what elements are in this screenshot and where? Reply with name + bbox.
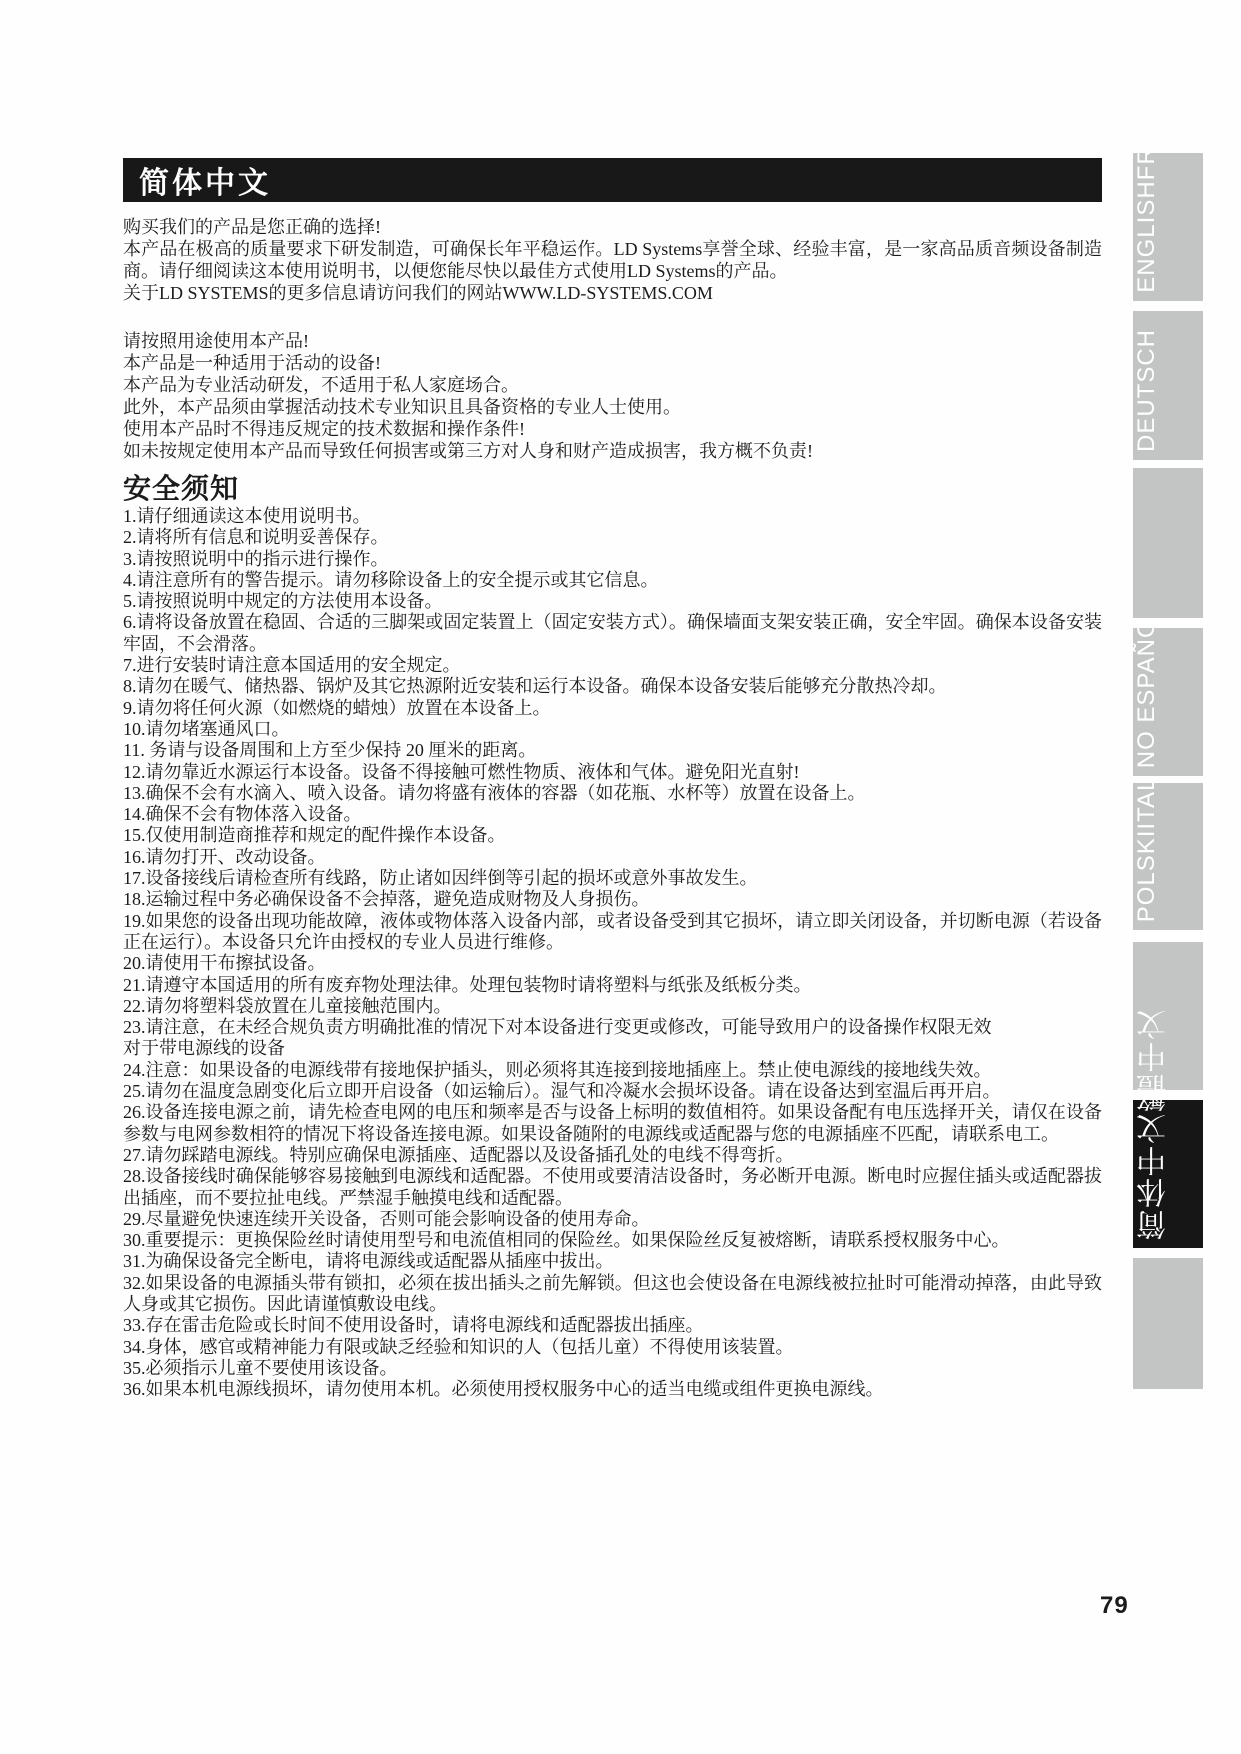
safety-item: 27.请勿踩踏电源线。特别应确保电源插座、适配器以及设备插孔处的电线不得弯折。 xyxy=(123,1145,1102,1166)
section-header-bar: 简体中文 xyxy=(123,158,1102,202)
tab-deutsch-label: DEUTSCH xyxy=(1133,329,1203,452)
safety-item: 11. 务请与设备周围和上方至少保持 20 厘米的距离。 xyxy=(123,740,1102,761)
tab-simplified-chinese-label: 简体中文繁 xyxy=(1133,1100,1203,1240)
safety-item: 1.请仔细通读这本使用说明书。 xyxy=(123,506,1102,527)
usage-line: 此外，本产品须由掌握活动技术专业知识且具备资格的专业人士使用。 xyxy=(123,396,1102,418)
safety-item: 7.进行安装时请注意本国适用的安全规定。 xyxy=(123,655,1102,676)
safety-item: 15.仅使用制造商推荐和规定的配件操作本设备。 xyxy=(123,825,1102,846)
intro-line: 关于LD SYSTEMS的更多信息请访问我们的网站WWW.LD-SYSTEMS.… xyxy=(123,282,1102,304)
safety-item: 2.请将所有信息和说明妥善保存。 xyxy=(123,527,1102,548)
tab-traditional-chinese-label: 體中文 xyxy=(1133,1008,1203,1090)
tab-blank-lower xyxy=(1133,1258,1203,1389)
tab-polski-italiano-label: POLSKIITALIA xyxy=(1133,783,1203,922)
safety-item: 6.请将设备放置在稳固、合适的三脚架或固定装置上（固定安装方式）。确保墙面支架安… xyxy=(123,612,1102,655)
usage-line: 使用本产品时不得违反规定的技术数据和操作条件! xyxy=(123,418,1102,440)
safety-item: 22.请勿将塑料袋放置在儿童接触范围内。 xyxy=(123,996,1102,1017)
safety-list: 1.请仔细通读这本使用说明书。2.请将所有信息和说明妥善保存。3.请按照说明中的… xyxy=(123,506,1102,1400)
safety-item: 对于带电源线的设备 xyxy=(123,1038,1102,1059)
safety-item: 26.设备连接电源之前，请先检查电网的电压和频率是否与设备上标明的数值相符。如果… xyxy=(123,1102,1102,1145)
usage-paragraph: 请按照用途使用本产品!本产品是一种适用于活动的设备!本产品为专业活动研发，不适用… xyxy=(123,330,1102,462)
safety-item: 14.确保不会有物体落入设备。 xyxy=(123,804,1102,825)
safety-item: 28.设备接线时确保能够容易接触到电源线和适配器。不使用或要清洁设备时，务必断开… xyxy=(123,1166,1102,1209)
safety-item: 23.请注意，在未经合规负责方明确批准的情况下对本设备进行变更或修改，可能导致用… xyxy=(123,1017,1102,1038)
usage-line: 如未按规定使用本产品而导致任何损害或第三方对人身和财产造成损害，我方概不负责! xyxy=(123,440,1102,462)
safety-item: 29.尽量避免快速连续开关设备，否则可能会影响设备的使用寿命。 xyxy=(123,1209,1102,1230)
safety-item: 36.如果本机电源线损坏，请勿使用本机。必须使用授权服务中心的适当电缆或组件更换… xyxy=(123,1379,1102,1400)
safety-item: 21.请遵守本国适用的所有废弃物处理法律。处理包装物时请将塑料与纸张及纸板分类。 xyxy=(123,975,1102,996)
safety-item: 20.请使用干布擦拭设备。 xyxy=(123,953,1102,974)
safety-item: 10.请勿堵塞通风口。 xyxy=(123,719,1102,740)
safety-item: 9.请勿将任何火源（如燃烧的蜡烛）放置在本设备上。 xyxy=(123,698,1102,719)
safety-item: 25.请勿在温度急剧变化后立即开启设备（如运输后）。湿气和冷凝水会损坏设备。请在… xyxy=(123,1081,1102,1102)
tab-deutsch: DEUTSCH xyxy=(1133,311,1203,460)
tab-polski-italiano: POLSKIITALIA xyxy=(1133,783,1203,930)
safety-item: 4.请注意所有的警告提示。请勿移除设备上的安全提示或其它信息。 xyxy=(123,570,1102,591)
tab-english-francais-label: ENGLISHFRAN xyxy=(1133,153,1203,293)
intro-line: 购买我们的产品是您正确的选择! xyxy=(123,216,1102,238)
safety-item: 5.请按照说明中规定的方法使用本设备。 xyxy=(123,591,1102,612)
tab-espanol-italiano: NO ESPAÑOL xyxy=(1133,628,1203,776)
safety-item: 35.必须指示儿童不要使用该设备。 xyxy=(123,1358,1102,1379)
safety-item: 12.请勿靠近水源运行本设备。设备不得接触可燃性物质、液体和气体。避免阳光直射! xyxy=(123,762,1102,783)
safety-item: 31.为确保设备完全断电，请将电源线或适配器从插座中拔出。 xyxy=(123,1251,1102,1272)
tab-english-francais: ENGLISHFRAN xyxy=(1133,153,1203,301)
usage-line: 本产品为专业活动研发，不适用于私人家庭场合。 xyxy=(123,374,1102,396)
tab-traditional-chinese: 體中文 xyxy=(1133,942,1203,1090)
safety-item: 16.请勿打开、改动设备。 xyxy=(123,847,1102,868)
tab-blank-upper xyxy=(1133,468,1203,618)
safety-item: 24.注意：如果设备的电源线带有接地保护插头，则必须将其连接到接地插座上。禁止使… xyxy=(123,1060,1102,1081)
usage-line: 请按照用途使用本产品! xyxy=(123,330,1102,352)
safety-heading: 安全须知 xyxy=(123,467,239,507)
safety-item: 3.请按照说明中的指示进行操作。 xyxy=(123,549,1102,570)
safety-item: 32.如果设备的电源插头带有锁扣，必须在拔出插头之前先解锁。但这也会使设备在电源… xyxy=(123,1273,1102,1316)
page-number: 79 xyxy=(1100,1592,1129,1620)
intro-paragraph: 购买我们的产品是您正确的选择!本产品在极高的质量要求下研发制造，可确保长年平稳运… xyxy=(123,216,1102,304)
safety-item: 8.请勿在暖气、储热器、锅炉及其它热源附近安装和运行本设备。确保本设备安装后能够… xyxy=(123,676,1102,697)
safety-item: 17.设备接线后请检查所有线路，防止诸如因绊倒等引起的损坏或意外事故发生。 xyxy=(123,868,1102,889)
safety-item: 19.如果您的设备出现功能故障，液体或物体落入设备内部，或者设备受到其它损坏，请… xyxy=(123,911,1102,954)
tab-simplified-chinese-active: 简体中文繁 xyxy=(1133,1100,1203,1248)
tab-espanol-italiano-label: NO ESPAÑOL xyxy=(1133,628,1203,768)
intro-line: 本产品在极高的质量要求下研发制造，可确保长年平稳运作。LD Systems享誉全… xyxy=(123,238,1102,282)
safety-item: 13.确保不会有水滴入、喷入设备。请勿将盛有液体的容器（如花瓶、水杯等）放置在设… xyxy=(123,783,1102,804)
section-title: 简体中文 xyxy=(139,158,271,202)
safety-item: 34.身体，感官或精神能力有限或缺乏经验和知识的人（包括儿童）不得使用该装置。 xyxy=(123,1337,1102,1358)
manual-page: 简体中文 购买我们的产品是您正确的选择!本产品在极高的质量要求下研发制造，可确保… xyxy=(0,0,1241,1754)
safety-item: 33.存在雷击危险或长时间不使用设备时，请将电源线和适配器拔出插座。 xyxy=(123,1315,1102,1336)
safety-item: 18.运输过程中务必确保设备不会掉落，避免造成财物及人身损伤。 xyxy=(123,889,1102,910)
safety-item: 30.重要提示：更换保险丝时请使用型号和电流值相同的保险丝。如果保险丝反复被熔断… xyxy=(123,1230,1102,1251)
usage-line: 本产品是一种适用于活动的设备! xyxy=(123,352,1102,374)
